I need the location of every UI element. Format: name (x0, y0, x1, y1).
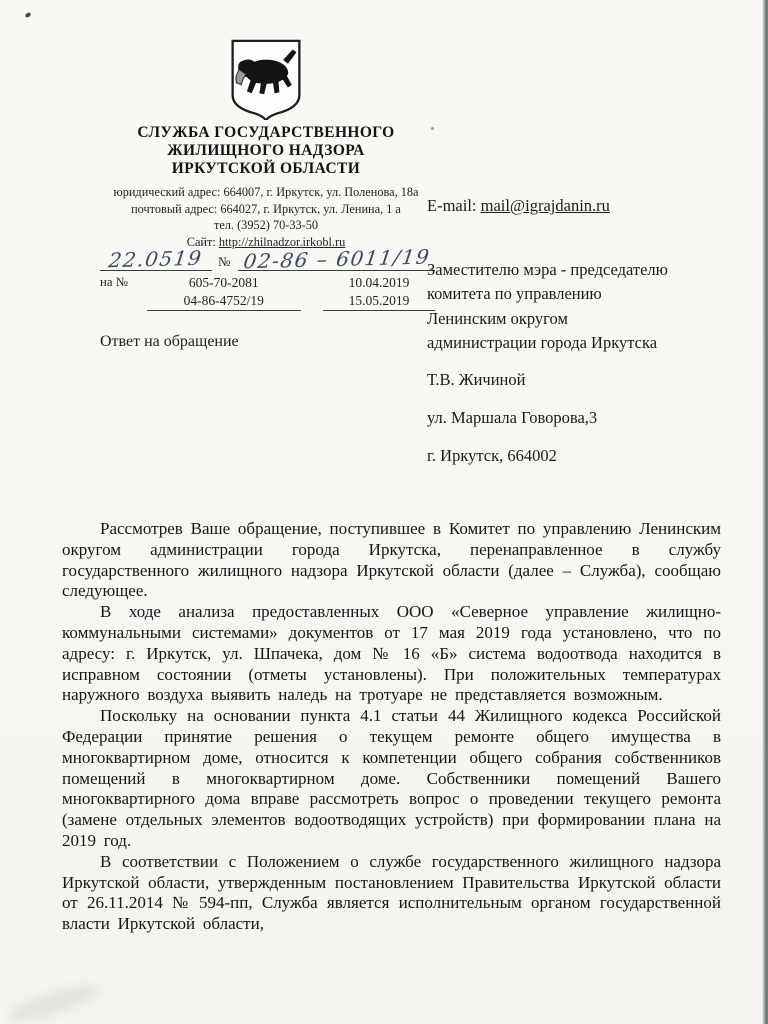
incoming-label: на № (100, 274, 147, 311)
recipient-title-line: комитета по управлению (427, 282, 737, 307)
scanned-letter-page: СЛУЖБА ГОСУДАРСТВЕННОГО ЖИЛИЩНОГО НАДЗОР… (0, 0, 768, 1024)
org-name-line: ЖИЛИЩНОГО НАДЗОРА (85, 142, 447, 160)
incoming-number: 04-86-4752/19 (147, 292, 301, 311)
recipient-city: г. Иркутск, 664002 (427, 444, 737, 469)
org-postal-address: почтовый адрес: 664027, г. Иркутск, ул. … (85, 201, 447, 218)
outgoing-date-line: 22.0519 (100, 248, 212, 271)
outgoing-number-line: 02-86 – 6011/19 (238, 248, 435, 271)
scan-artifact-speck (24, 12, 31, 19)
email-line: E-mail: mail@igrajdanin.ru (427, 194, 737, 219)
irkutsk-oblast-coat-of-arms-icon (227, 38, 305, 120)
recipient-title-line: администрации города Иркутска (427, 331, 737, 356)
incoming-date: 10.04.2019 (323, 274, 435, 292)
incoming-date: 15.05.2019 (323, 292, 435, 311)
letterhead: СЛУЖБА ГОСУДАРСТВЕННОГО ЖИЛИЩНОГО НАДЗОР… (85, 38, 447, 250)
email-address: mail@igrajdanin.ru (481, 196, 610, 215)
org-legal-address: юридический адрес: 664007, г. Иркутск, у… (85, 184, 447, 201)
scan-smudge (5, 978, 102, 1024)
letter-body: Рассмотрев Ваше обращение, поступившее в… (62, 519, 721, 935)
org-name-line: ИРКУТСКОЙ ОБЛАСТИ (85, 160, 447, 178)
handwritten-number: 02-86 – 6011/19 (242, 246, 432, 273)
recipient-block: E-mail: mail@igrajdanin.ru Заместителю м… (427, 194, 737, 468)
recipient-name: Т.В. Жичиной (427, 368, 737, 393)
recipient-street: ул. Маршала Говорова,3 (427, 406, 737, 431)
org-name: СЛУЖБА ГОСУДАРСТВЕННОГО ЖИЛИЩНОГО НАДЗОР… (85, 124, 447, 178)
recipient-title: Заместителю мэра - председателю комитета… (427, 258, 737, 356)
body-paragraph: В соответствии с Положением о службе гос… (62, 852, 721, 935)
incoming-reference-table: на № 605-70-2081 04-86-4752/19 10.04.201… (100, 274, 435, 311)
org-phone: тел. (3952) 70-33-50 (85, 217, 447, 234)
body-paragraph: Рассмотрев Ваше обращение, поступившее в… (62, 519, 721, 602)
scan-edge-shadow (762, 0, 768, 1024)
letter-subject: Ответ на обращение (100, 333, 435, 351)
org-address-block: юридический адрес: 664007, г. Иркутск, у… (85, 184, 447, 250)
recipient-title-line: Заместителю мэра - председателю (427, 258, 737, 283)
reference-block: 22.0519 № 02-86 – 6011/19 на № 605-70-20… (100, 244, 435, 351)
incoming-number-column: 605-70-2081 04-86-4752/19 (147, 274, 301, 311)
org-name-line: СЛУЖБА ГОСУДАРСТВЕННОГО (85, 124, 447, 142)
recipient-title-line: Ленинским округом (427, 307, 737, 332)
body-paragraph: В ходе анализа предоставленных ООО «Севе… (62, 602, 721, 706)
incoming-number: 605-70-2081 (147, 274, 301, 292)
incoming-date-column: 10.04.2019 15.05.2019 (323, 274, 435, 311)
body-paragraph: Поскольку на основании пункта 4.1 статьи… (62, 706, 721, 852)
number-sign: № (212, 254, 232, 271)
handwritten-date: 22.0519 (108, 247, 204, 271)
email-label: E-mail: (427, 196, 481, 215)
outgoing-number-row: 22.0519 № 02-86 – 6011/19 (100, 244, 435, 271)
